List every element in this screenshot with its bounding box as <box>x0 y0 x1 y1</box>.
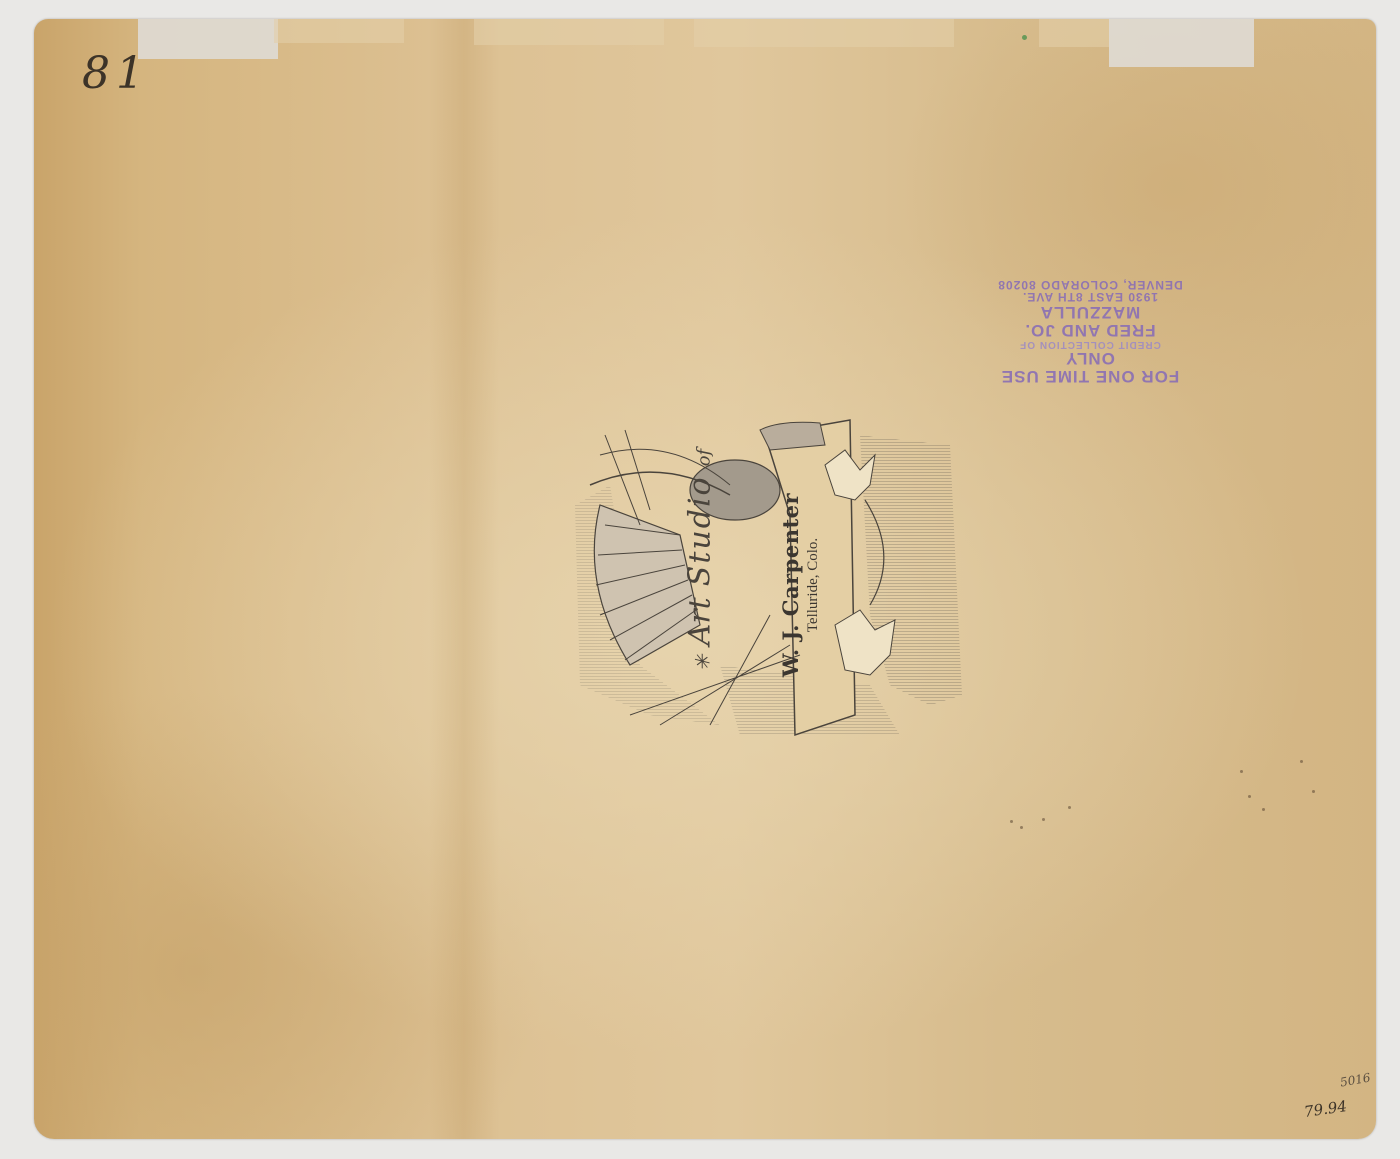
tape-ghost-center-left <box>274 19 404 43</box>
tape-residue-right <box>1109 19 1254 67</box>
photographer-name: W. J. Carpenter <box>778 425 803 745</box>
foxing-speck <box>1042 818 1045 821</box>
stamp-line-1: FOR ONE TIME USE ONLY <box>975 349 1205 385</box>
foxing-speck <box>1010 820 1013 823</box>
tape-ghost-right <box>1039 19 1109 47</box>
foxing-speck <box>1068 806 1071 809</box>
star-ornament-icon: ✳ <box>691 654 715 671</box>
title-studio: Studio <box>683 475 718 586</box>
foxing-speck <box>1248 795 1251 798</box>
stamp-line-4: 1930 EAST 8TH AVE. <box>975 291 1205 304</box>
stamp-line-2: CREDIT COLLECTION OF <box>975 339 1205 350</box>
title-of: of <box>694 449 715 467</box>
green-speck <box>1022 35 1027 40</box>
art-studio-title: ✳ Art Studio of <box>683 430 718 690</box>
tape-ghost-center <box>474 19 664 45</box>
engraving-illustration <box>570 415 970 745</box>
foxing-speck <box>1020 826 1023 829</box>
stamp-line-5: DENVER, COLORADO 80208 <box>975 278 1205 291</box>
photographer-location: Telluride, Colo. <box>805 425 822 745</box>
engraved-studio-vignette <box>570 415 970 745</box>
photographer-banner: W. J. Carpenter Telluride, Colo. <box>778 425 822 745</box>
foxing-speck <box>1240 770 1243 773</box>
tape-residue-left <box>138 19 278 59</box>
paper-fold-shadow <box>429 19 499 1139</box>
title-art: Art <box>683 597 718 645</box>
foxing-speck <box>1312 790 1315 793</box>
handwritten-number-81: 81 <box>82 48 150 99</box>
stamp-line-3: FRED AND JO. MAZZULLA <box>975 303 1205 339</box>
foxing-speck <box>1300 760 1303 763</box>
collection-credit-stamp: FOR ONE TIME USE ONLY CREDIT COLLECTION … <box>975 278 1205 385</box>
tape-ghost-center-right <box>694 19 954 47</box>
foxing-speck <box>1262 808 1265 811</box>
